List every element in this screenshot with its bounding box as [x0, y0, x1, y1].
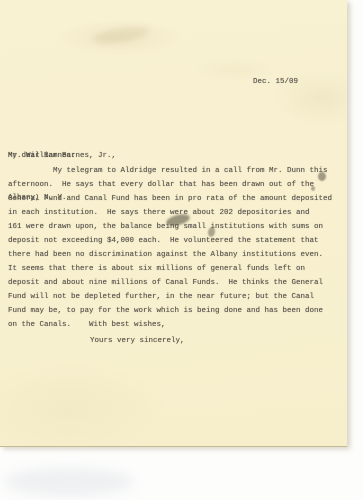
letter-paper: Dec. 15/09 Mr. William Barnes, Jr., Alba… [0, 0, 347, 447]
letter-date: Dec. 15/09 [253, 75, 298, 89]
scan-shadow [4, 468, 134, 496]
signoff: Yours very sincerely, [90, 334, 185, 348]
letter-body: My telegram to Aldridge resulted in a ca… [8, 164, 332, 332]
salutation: My dear Barnes: [8, 149, 76, 163]
paper-stain [91, 24, 150, 47]
scanned-letter-page: Dec. 15/09 Mr. William Barnes, Jr., Alba… [0, 0, 363, 500]
